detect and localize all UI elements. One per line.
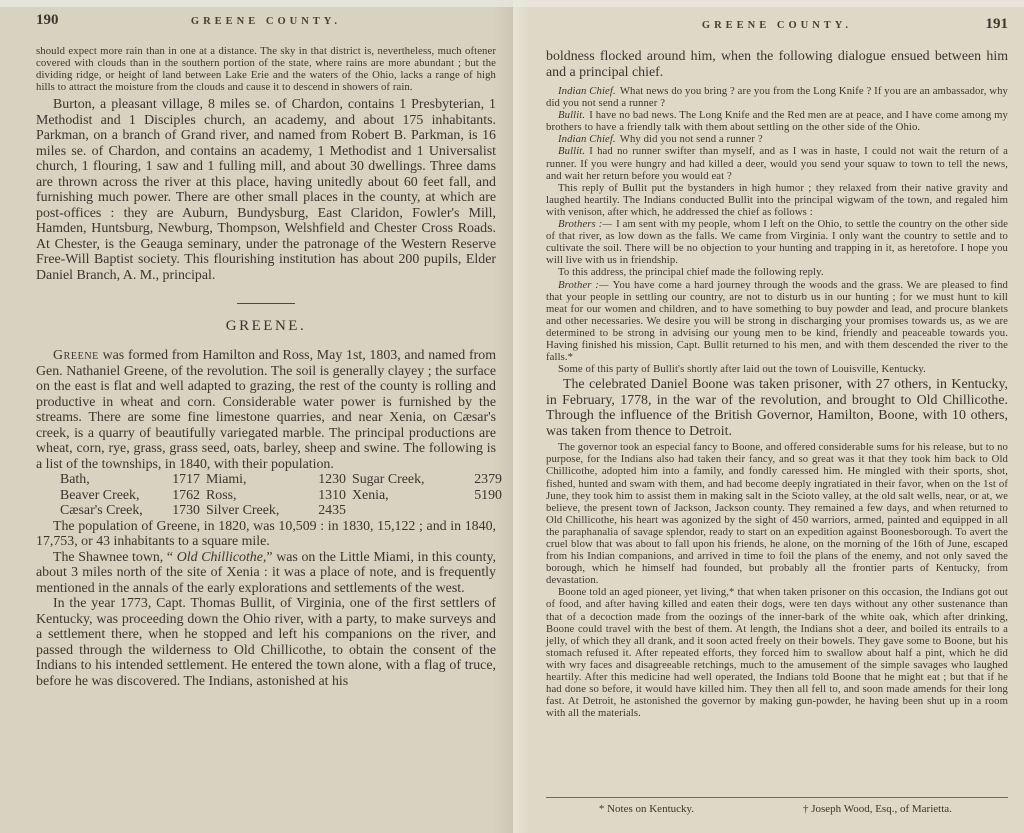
dialogue-narration: This reply of Bullit put the bystanders … bbox=[546, 182, 1008, 218]
dialogue-line: Indian Chief.What news do you bring ? ar… bbox=[546, 85, 1008, 109]
township-name: Cæsar's Creek, bbox=[60, 503, 150, 519]
township-pop: 1717 bbox=[156, 472, 200, 488]
paragraph-rainfall: should expect more rain than in one at a… bbox=[36, 45, 496, 93]
paragraph-greene-formed: Greene was formed from Hamilton and Ross… bbox=[36, 348, 496, 472]
page-header-left: 190 GREENE COUNTY. bbox=[36, 12, 496, 29]
paragraph-bullit-1773: In the year 1773, Capt. Thomas Bullit, o… bbox=[36, 596, 496, 689]
township-name: Bath, bbox=[60, 472, 150, 488]
old-chillicothe-italic: Old Chillicothe, bbox=[177, 550, 267, 565]
dialogue-block: Indian Chief.What news do you bring ? ar… bbox=[546, 85, 1008, 363]
township-pop: 2435 bbox=[300, 503, 346, 519]
footnote-joseph-wood: † Joseph Wood, Esq., of Marietta. bbox=[747, 803, 1008, 815]
page-left: 190 GREENE COUNTY. should expect more ra… bbox=[0, 0, 512, 833]
township-name: Ross, bbox=[206, 488, 294, 504]
paragraph-daniel-boone: The celebrated Daniel Boone was taken pr… bbox=[546, 377, 1008, 439]
paragraph-shawnee-town: The Shawnee town, “ Old Chillicothe,” wa… bbox=[36, 550, 496, 597]
running-head-right: GREENE COUNTY. bbox=[592, 20, 962, 31]
paragraph-governor: The governor took an especial fancy to B… bbox=[546, 441, 1008, 586]
township-pop: 1230 bbox=[300, 472, 346, 488]
footnote-notes-on-kentucky: * Notes on Kentucky. bbox=[546, 803, 747, 815]
paragraph-boldness: boldness flocked around him, when the fo… bbox=[546, 49, 1008, 80]
township-name: Silver Creek, bbox=[206, 503, 294, 519]
townships-table: Bath,1717Miami,1230Sugar Creek,2379 Beav… bbox=[36, 472, 496, 519]
speaker-indian-chief: Indian Chief. bbox=[558, 85, 616, 97]
dialogue-line: Bullit.I have no bad news. The Long Knif… bbox=[546, 109, 1008, 133]
page-right: GREENE COUNTY. 191 boldness flocked arou… bbox=[512, 0, 1024, 833]
township-name: Sugar Creek, bbox=[352, 472, 456, 488]
dialogue-line: Indian Chief.Why did you not send a runn… bbox=[546, 133, 1008, 145]
greene-lead-word: Greene bbox=[53, 348, 99, 363]
section-title-greene: GREENE. bbox=[36, 318, 496, 335]
speaker-bullit: Bullit. bbox=[558, 109, 585, 121]
paragraph-louisville: Some of this party of Bullit's shortly a… bbox=[546, 363, 1008, 375]
township-name: Xenia, bbox=[352, 488, 456, 504]
page-number-left: 190 bbox=[36, 12, 82, 29]
paragraph-boone-told: Boone told an aged pioneer, yet living,*… bbox=[546, 586, 1008, 719]
book-spread: 190 GREENE COUNTY. should expect more ra… bbox=[0, 0, 1024, 833]
township-pop: 1730 bbox=[156, 503, 200, 519]
dialogue-narration: To this address, the principal chief mad… bbox=[546, 266, 1008, 278]
paragraph-population: The population of Greene, in 1820, was 1… bbox=[36, 519, 496, 550]
township-pop: 5190 bbox=[462, 488, 502, 504]
page-number-right: 191 bbox=[962, 16, 1008, 33]
township-name bbox=[352, 503, 456, 519]
township-name: Miami, bbox=[206, 472, 294, 488]
footnote-block: * Notes on Kentucky. † Joseph Wood, Esq.… bbox=[546, 797, 1008, 815]
township-pop: 1762 bbox=[156, 488, 200, 504]
speaker-indian-chief: Indian Chief. bbox=[558, 133, 616, 145]
running-head-left: GREENE COUNTY. bbox=[82, 16, 450, 27]
footnote-rule bbox=[546, 797, 1008, 798]
dialogue-line: Brothers :—I am sent with my people, who… bbox=[546, 218, 1008, 266]
dialogue-line: Brother :—You have come a hard journey t… bbox=[546, 279, 1008, 364]
township-pop: 2379 bbox=[462, 472, 502, 488]
township-pop bbox=[462, 503, 502, 519]
dialogue-line: Bullit.I had no runner swifter than myse… bbox=[546, 145, 1008, 181]
township-pop: 1310 bbox=[300, 488, 346, 504]
speaker-bullit: Bullit. bbox=[558, 145, 585, 157]
speaker-brothers: Brothers :— bbox=[558, 218, 612, 230]
section-divider bbox=[237, 303, 295, 304]
paragraph-burton: Burton, a pleasant village, 8 miles se. … bbox=[36, 97, 496, 283]
page-header-right: GREENE COUNTY. 191 bbox=[546, 16, 1008, 33]
township-name: Beaver Creek, bbox=[60, 488, 150, 504]
speaker-brother: Brother :— bbox=[558, 279, 609, 291]
